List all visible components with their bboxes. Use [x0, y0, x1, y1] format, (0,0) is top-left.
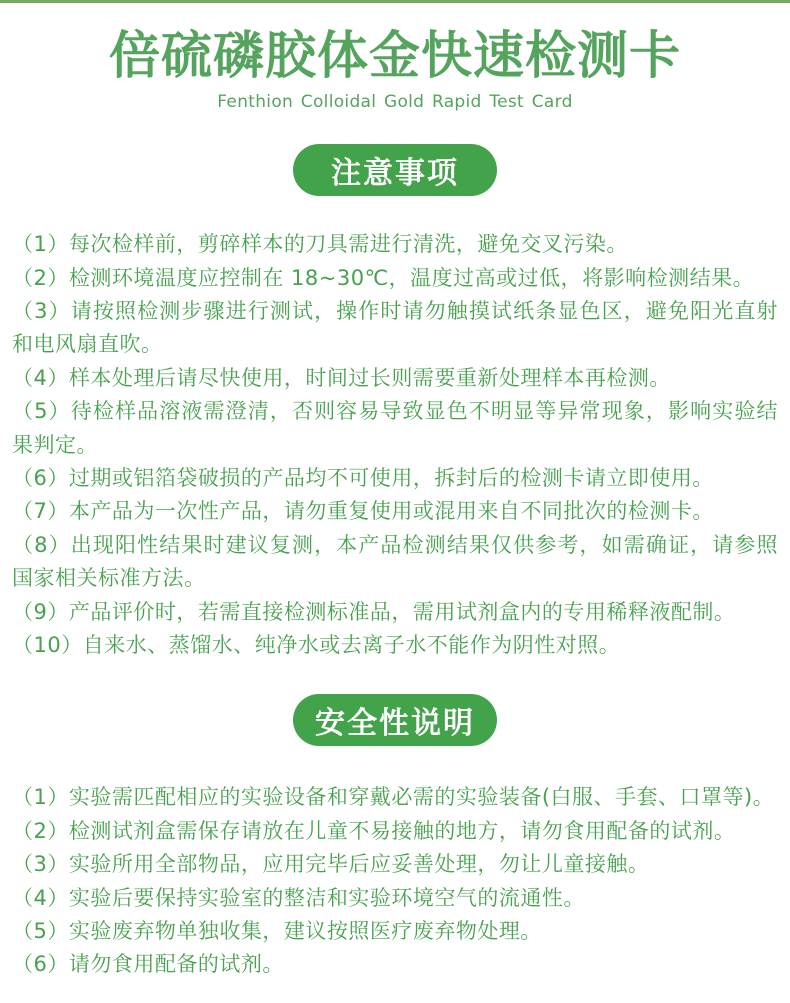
safety-item-4: （4）实验后要保持实验室的整洁和实验环境空气的流通性。 [12, 882, 778, 915]
page-title: 倍硫磷胶体金快速检测卡 [0, 27, 790, 87]
safety-item-5: （5）实验废弃物单独收集，建议按照医疗废弃物处理。 [12, 915, 778, 948]
top-accent-bar [0, 0, 790, 3]
safety-item-3: （3）实验所用全部物品，应用完毕后应妥善处理，勿让儿童接触。 [12, 848, 778, 881]
precaution-item-2: （2）检测环境温度应控制在 18~30℃，温度过高或过低，将影响检测结果。 [12, 262, 778, 295]
precaution-item-7: （7）本产品为一次性产品，请勿重复使用或混用来自不同批次的检测卡。 [12, 495, 778, 528]
precaution-item-3: （3）请按照检测步骤进行测试，操作时请勿触摸试纸条显色区，避免阳光直射和电风扇直… [12, 295, 778, 362]
precaution-item-10: （10）自来水、蒸馏水、纯净水或去离子水不能作为阴性对照。 [12, 629, 778, 662]
precaution-item-1: （1）每次检样前，剪碎样本的刀具需进行清洗，避免交叉污染。 [12, 228, 778, 261]
precaution-item-6: （6）过期或铝箔袋破损的产品均不可使用，拆封后的检测卡请立即使用。 [12, 462, 778, 495]
safety-list: （1）实验需匹配相应的实验设备和穿戴必需的实验装备(白服、手套、口罩等)。 （2… [12, 781, 778, 981]
safety-item-2: （2）检测试剂盒需保存请放在儿童不易接触的地方，请勿食用配备的试剂。 [12, 815, 778, 848]
precaution-item-9: （9）产品评价时，若需直接检测标准品，需用试剂盒内的专用稀释液配制。 [12, 596, 778, 629]
safety-item-1: （1）实验需匹配相应的实验设备和穿戴必需的实验装备(白服、手套、口罩等)。 [12, 781, 778, 814]
precautions-list: （1）每次检样前，剪碎样本的刀具需进行清洗，避免交叉污染。 （2）检测环境温度应… [12, 228, 778, 662]
section-badge-precautions: 注意事项 [293, 144, 497, 196]
page-subtitle: Fenthion Colloidal Gold Rapid Test Card [0, 92, 790, 112]
section-badge-safety: 安全性说明 [293, 694, 497, 746]
precaution-item-5: （5）待检样品溶液需澄清，否则容易导致显色不明显等异常现象，影响实验结果判定。 [12, 395, 778, 462]
safety-item-6: （6）请勿食用配备的试剂。 [12, 948, 778, 981]
precaution-item-4: （4）样本处理后请尽快使用，时间过长则需要重新处理样本再检测。 [12, 362, 778, 395]
precaution-item-8: （8）出现阳性结果时建议复测，本产品检测结果仅供参考，如需确证，请参照国家相关标… [12, 529, 778, 596]
